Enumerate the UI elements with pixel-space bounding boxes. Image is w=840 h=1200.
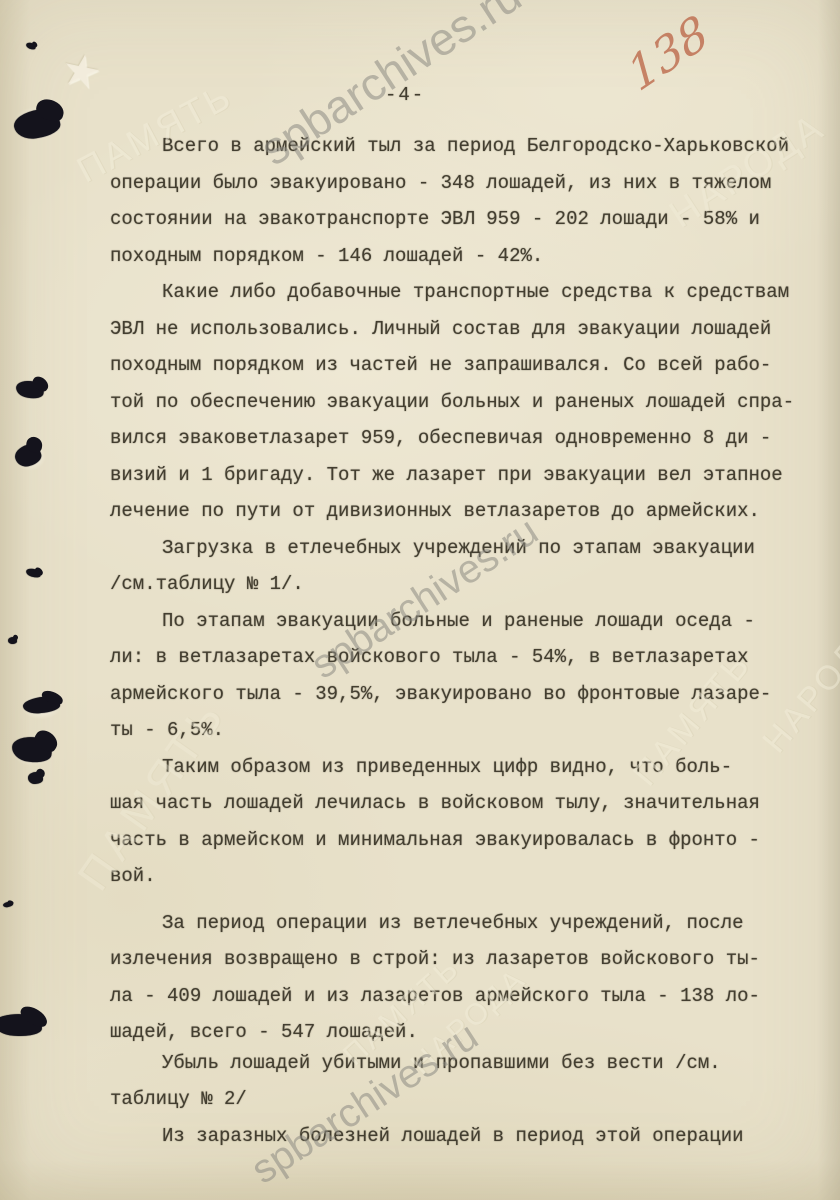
text-line: вился эваковетлазарет 959, обеспевичая о…	[110, 420, 810, 457]
ink-blot	[25, 41, 36, 50]
text-line: шая часть лошадей лечилась в войсковом т…	[110, 785, 810, 822]
scanned-document-page: ★ ПАМЯТЬ НАРОДА ПАМЯТЬ НАРОДА ПАМЯТЬ НАР…	[0, 0, 840, 1200]
text-line: Таким образом из приведенных цифр видно,…	[110, 749, 810, 786]
text-line: За период операции из ветлечебных учрежд…	[110, 905, 810, 942]
ink-blot	[25, 567, 42, 579]
text-line: Всего в армейский тыл за период Белгород…	[110, 128, 810, 165]
ink-blot	[28, 772, 43, 784]
text-line: визий и 1 бригаду. Тот же лазарет при эв…	[110, 457, 810, 494]
text-line: таблицу № 2/	[110, 1081, 810, 1118]
paragraph: Из заразных болезней лошадей в период эт…	[110, 1118, 810, 1155]
ink-blot	[8, 637, 17, 644]
text-line: часть в армейском и минимальная эвакуиро…	[110, 822, 810, 859]
text-line: походным порядком - 146 лошадей - 42%.	[110, 238, 810, 275]
ink-blot	[0, 1013, 43, 1037]
text-line: Какие либо добавочные транспортные средс…	[110, 274, 810, 311]
ink-blot	[15, 379, 46, 401]
ink-blot	[3, 901, 14, 908]
text-line: той по обеспечению эвакуации больных и р…	[110, 384, 810, 421]
text-line: Из заразных болезней лошадей в период эт…	[110, 1118, 810, 1155]
text-line: ли: в ветлазаретах войскового тыла - 54%…	[110, 639, 810, 676]
star-watermark-icon: ★	[57, 37, 106, 105]
text-line: лечение по пути от дивизионных ветлазаре…	[110, 493, 810, 530]
text-line: вой.	[110, 858, 810, 895]
text-line: По этапам эвакуации больные и раненые ло…	[110, 603, 810, 640]
paragraph: Таким образом из приведенных цифр видно,…	[110, 749, 810, 895]
text-line: ЭВЛ не использовались. Личный состав для…	[110, 311, 810, 348]
folio-number-handwritten: 138	[621, 8, 714, 99]
paragraph: Какие либо добавочные транспортные средс…	[110, 274, 810, 530]
document-body: Всего в армейский тыл за период Белгород…	[110, 128, 810, 1154]
text-line: походным порядком из частей не запрашива…	[110, 347, 810, 384]
